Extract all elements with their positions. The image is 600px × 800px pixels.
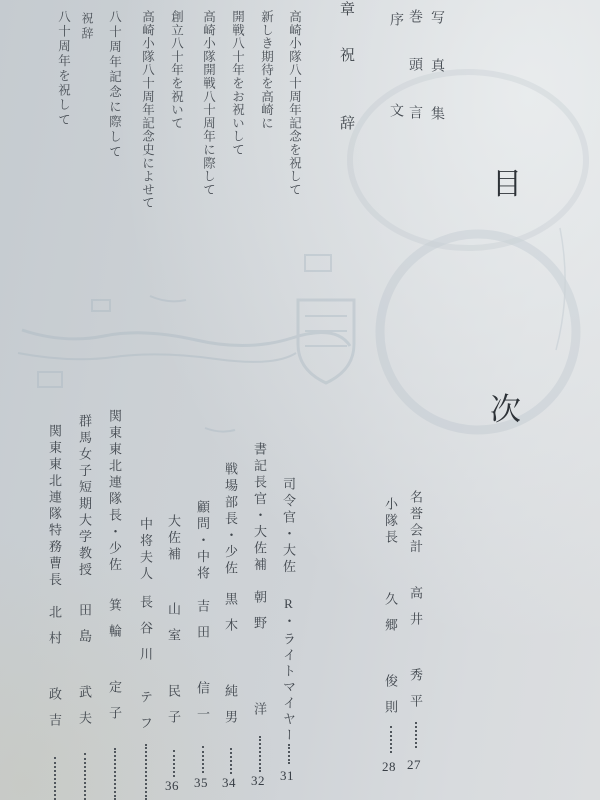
contributor-name: 朝野洋 — [253, 590, 266, 728]
contributor-surname: 朝野 — [252, 590, 267, 642]
page-number: 28 — [382, 760, 396, 773]
page-number: 34 — [222, 776, 236, 789]
page-title-char-1: 目 — [492, 170, 522, 200]
leader-dots — [54, 757, 56, 800]
toc-entry: 高崎小隊八十周年記念を祝して — [288, 10, 301, 196]
contributor-name: 箕輪定子 — [108, 598, 121, 732]
contributor-name: 北村政吉 — [48, 605, 61, 739]
toc-contributor-entry: 名誉会計 高井秀平 27 — [406, 490, 426, 800]
page-number: 36 — [165, 779, 179, 792]
toc-entry: 創立八十年を祝いて — [170, 10, 183, 130]
toc-contributor-entry: 関東東北連隊長・少佐 箕輪定子 — [105, 409, 125, 800]
front-matter-foreword: 巻頭言 — [407, 9, 421, 153]
toc-contributor-entry: 戦場部長・少佐 黒木純男 34 — [221, 462, 241, 800]
leader-dots — [390, 726, 392, 753]
book-page: 目 次 写真集 巻頭言 序文 章祝辞 高崎小隊八十周年記念を祝して 新しき期待を… — [0, 0, 600, 800]
contributor-role: 名誉会計 — [409, 490, 422, 556]
page-number: 31 — [280, 769, 294, 782]
chapter-marker: 章 — [338, 1, 354, 16]
contributor-role: 関東東北連隊特務曹長 — [48, 424, 61, 589]
leader-dots — [288, 744, 290, 764]
page-number: 35 — [194, 776, 208, 789]
contributor-name: 山室民子 — [167, 602, 180, 736]
contributor-surname: 吉田 — [195, 599, 210, 651]
leader-dots — [145, 744, 147, 800]
toc-entry: 八十周年記念に際して — [108, 10, 121, 160]
toc-entry: 八十周年を祝して — [57, 10, 70, 128]
contributor-given-name: 定子 — [107, 680, 122, 732]
contributor-role: 大佐補 — [167, 514, 180, 564]
contributor-given-name: 洋 — [252, 702, 267, 728]
contributor-name: 久郷俊則 — [384, 592, 397, 726]
leader-dots — [173, 750, 175, 777]
contributor-given-name: 俊則 — [383, 674, 398, 726]
contributor-given-name: 秀平 — [408, 668, 423, 720]
chapter-title: 祝辞 — [338, 47, 354, 183]
chapter-heading: 章祝辞 — [338, 1, 353, 183]
contributor-given-name: 純男 — [223, 684, 238, 736]
leader-dots — [259, 736, 261, 772]
contributor-surname: 山室 — [166, 602, 181, 654]
toc-entry: 開戦八十年をお祝いして — [231, 10, 244, 156]
contributor-name: 長谷川テフ — [139, 595, 152, 742]
contributor-role: 中将夫人 — [139, 517, 152, 583]
contributor-surname: 黒木 — [223, 592, 238, 644]
contributor-name: 吉田信一 — [196, 599, 209, 733]
contributor-role: 群馬女子短期大学教授 — [78, 414, 91, 579]
toc-contributor-entry: 小隊長 久郷俊則 28 — [381, 497, 401, 800]
leader-dots — [114, 748, 116, 800]
contributor-name: 高井秀平 — [409, 586, 422, 720]
contributor-given-name: テフ — [138, 690, 153, 742]
toc-entry: 高崎小隊八十周年記念史によせて — [141, 10, 154, 210]
contributor-role: 書記長官・大佐補 — [253, 442, 266, 574]
contributor-role: 顧問・中将 — [196, 500, 209, 583]
contributor-role: 関東東北連隊長・少佐 — [108, 409, 121, 574]
toc-entry: 高崎小隊開戦八十周年に際して — [202, 10, 215, 196]
contributor-name: 田島武夫 — [78, 603, 91, 737]
contributor-surname: 久郷 — [383, 592, 398, 644]
page-number: 27 — [407, 758, 421, 771]
toc-contributor-entry: 関東東北連隊特務曹長 北村政吉 — [45, 424, 65, 800]
front-matter-preface: 序文 — [388, 12, 402, 194]
leader-dots — [415, 722, 417, 748]
toc-entry: 新しき期待を高崎に — [260, 10, 273, 130]
front-matter-photos: 写真集 — [429, 10, 443, 154]
toc-contributor-entry: 書記長官・大佐補 朝野洋 32 — [250, 442, 270, 800]
contributor-surname: 高井 — [408, 586, 423, 638]
contributor-role: 小隊長 — [384, 497, 397, 547]
toc-subheading: 祝辞 — [81, 12, 93, 42]
toc-contributor-entry: 中将夫人 長谷川テフ — [136, 517, 156, 800]
contributor-given-name: ライトマイヤー — [281, 632, 296, 744]
contributor-surname: 北村 — [47, 605, 62, 657]
toc-contributor-entry: 顧問・中将 吉田信一 35 — [193, 500, 213, 800]
contributor-surname: R・ — [281, 596, 296, 630]
contributor-role: 司令官・大佐 — [282, 477, 295, 576]
contributor-given-name: 信一 — [195, 681, 210, 733]
contributor-name: 黒木純男 — [224, 592, 237, 736]
toc-contributor-entry: 群馬女子短期大学教授 田島武夫 — [75, 414, 95, 800]
contributor-name: R・ライトマイヤー — [282, 596, 295, 744]
contributor-surname: 田島 — [77, 603, 92, 655]
contributor-surname: 箕輪 — [107, 598, 122, 650]
leader-dots — [230, 748, 232, 774]
page-title-char-2: 次 — [490, 394, 521, 425]
contributor-surname: 長谷川 — [138, 595, 153, 673]
contributor-given-name: 政吉 — [47, 687, 62, 739]
contributor-role: 戦場部長・少佐 — [224, 462, 237, 578]
contributor-given-name: 民子 — [166, 684, 181, 736]
leader-dots — [202, 746, 204, 773]
toc-contributor-entry: 司令官・大佐 R・ライトマイヤー 31 — [279, 477, 299, 800]
toc-contributor-entry: 大佐補 山室民子 36 — [164, 514, 184, 800]
contributor-given-name: 武夫 — [77, 685, 92, 737]
page-number: 32 — [251, 774, 265, 787]
leader-dots — [84, 753, 86, 800]
